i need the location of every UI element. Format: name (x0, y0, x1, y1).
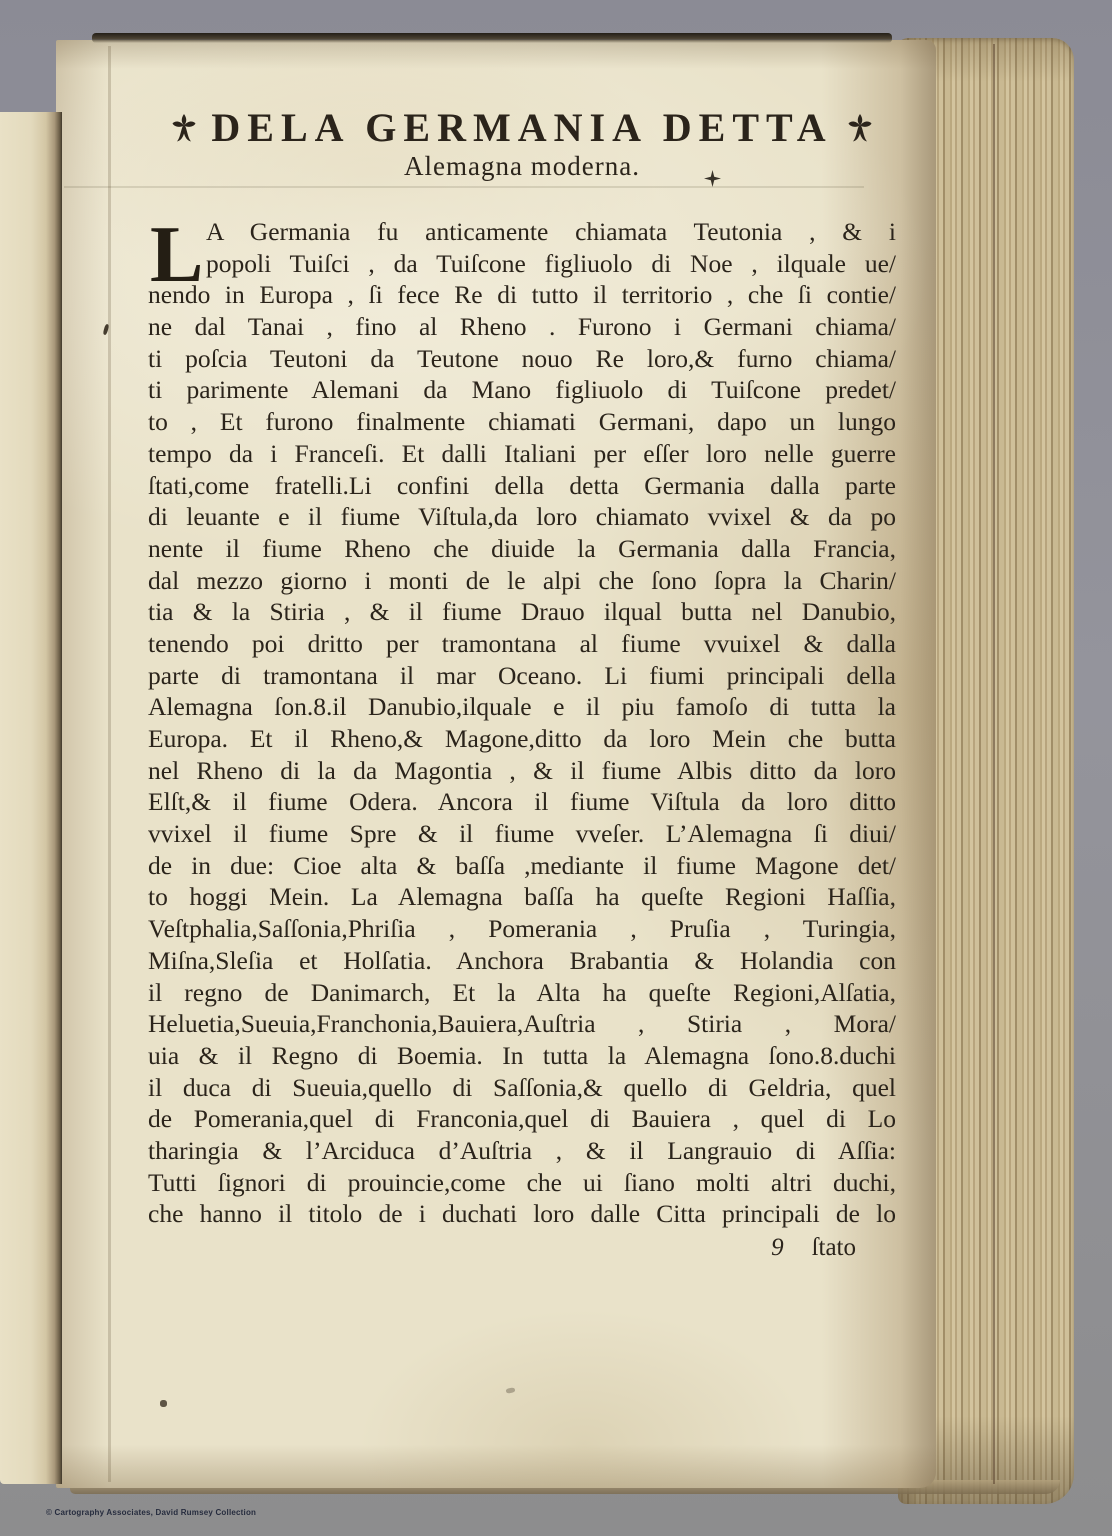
body-line: Elſt,& il fiume Odera. Ancora il fiume V… (148, 786, 896, 818)
body-line: A Germania fu anticamente chiamata Teuto… (148, 216, 896, 248)
body-line: tharingia & l’Arciduca d’Auſtria , & il … (148, 1135, 896, 1167)
body-line: Miſna,Sleſia et Holſatia. Anchora Braban… (148, 945, 896, 977)
body-line: di leuante e il fiume Viſtula,da loro ch… (148, 501, 896, 533)
scan-credit: © Cartography Associates, David Rumsey C… (46, 1508, 256, 1517)
body-line: ti poſcia Teutoni da Teutone nouo Re lor… (148, 343, 896, 375)
body-line: tenendo poi dritto per tramontana al fiu… (148, 628, 896, 660)
page-title: DELA GERMANIA DETTA (211, 104, 832, 151)
body-line: Alemagna ſon.8.il Danubio,ilquale e il p… (148, 691, 896, 723)
body-line: ne dal Tanai , fino al Rheno . Furono i … (148, 311, 896, 343)
body-line: il duca di Sueuia,quello di Saſſonia,& q… (148, 1072, 896, 1104)
body-line: vvixel il fiume Spre & il fiume vveſer. … (148, 818, 896, 850)
body-line: Tutti ſignori di prouincie,come che ui ſ… (148, 1167, 896, 1199)
body-line: nente il fiume Rheno che diuide la Germa… (148, 533, 896, 565)
page-top-shadow (92, 33, 892, 43)
body-line: to , Et furono finalmente chiamati Germa… (148, 406, 896, 438)
body-line: Veſtphalia,Saſſonia,Phriſia , Pomerania … (148, 913, 896, 945)
fleuron-right-icon (847, 113, 873, 143)
body-line: de in due: Cioe alta & baſſa ,mediante i… (148, 850, 896, 882)
body-line: dal mezzo giorno i monti de le alpi che … (148, 565, 896, 597)
body-line: parte di tramontana il mar Oceano. Li fi… (148, 660, 896, 692)
horizontal-crease-line (64, 186, 864, 188)
body-line: uia & il Regno di Boemia. In tutta la Al… (148, 1040, 896, 1072)
body-line: ſtati,come fratelli.Li confini della det… (148, 470, 896, 502)
drop-cap: L (150, 224, 203, 286)
body-line: nel Rheno di la da Magontia , & il fiume… (148, 755, 896, 787)
body-line: nendo in Europa , ſi fece Re di tutto il… (148, 279, 896, 311)
page-subtitle: Alemagna moderna. (148, 151, 896, 182)
scanned-book-photo: { "document": { "header": { "title": "DE… (0, 0, 1112, 1536)
fore-edge-dark-line (993, 44, 995, 1484)
body-line: popoli Tuiſci , da Tuiſcone figliuolo di… (148, 248, 896, 280)
ink-speck (160, 1400, 167, 1407)
body-line: tia & la Stiria , & il fiume Drauo ilqua… (148, 596, 896, 628)
body-line: to hoggi Mein. La Alemagna baſſa ha queſ… (148, 881, 896, 913)
gutter-crease-line (108, 46, 111, 1482)
body-line: il regno de Danimarch, Et la Alta ha que… (148, 977, 896, 1009)
catchword-signature: 9 (771, 1234, 784, 1262)
cross-ornament-icon (704, 170, 721, 187)
body-line: Europa. Et il Rheno,& Magone,ditto da lo… (148, 723, 896, 755)
body-line: ti parimente Alemani da Mano figliuolo d… (148, 374, 896, 406)
body-text: L A Germania fu anticamente chiamata Teu… (148, 216, 896, 1262)
running-title-row: DELA GERMANIA DETTA (148, 104, 896, 151)
catchword-row: 9 ſtato (148, 1234, 896, 1262)
body-line: che hanno il titolo de i duchati loro da… (148, 1198, 896, 1230)
body-line: Heluetia,Sueuia,Franchonia,Bauiera,Auſtr… (148, 1008, 896, 1040)
body-line: tempo da i Franceſi. Et dalli Italiani p… (148, 438, 896, 470)
printed-page: DELA GERMANIA DETTA Alemagna moderna. L … (148, 104, 896, 182)
catchword-word: ſtato (812, 1234, 856, 1262)
body-line: de Pomerania,quel di Franconia,quel di B… (148, 1103, 896, 1135)
fleuron-left-icon (171, 113, 197, 143)
adjacent-page-strip (0, 112, 62, 1484)
